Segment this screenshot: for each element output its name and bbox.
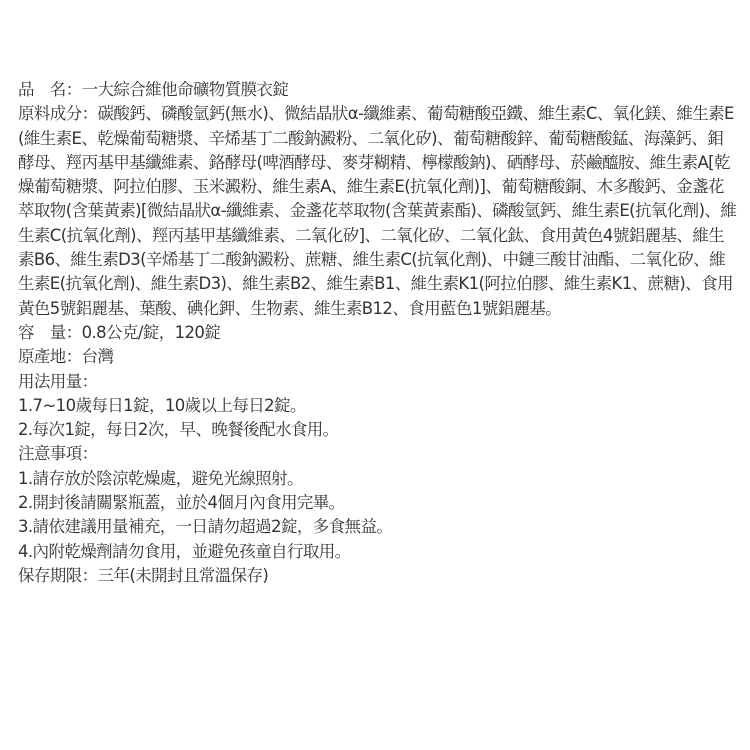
shelf-life-value: 三年(未開封且常溫保存) <box>98 566 269 585</box>
notes-heading: 注意事項： <box>18 442 738 466</box>
product-name-value: 一大綜合維他命礦物質膜衣錠 <box>82 80 289 99</box>
shelf-life-row: 保存期限：三年(未開封且常溫保存) <box>18 564 738 588</box>
volume-value: 0.8公克/錠，120錠 <box>82 323 221 342</box>
origin-value: 台灣 <box>82 347 114 366</box>
notes-item: 4.內附乾燥劑請勿食用，並避免孩童自行取用。 <box>18 540 738 564</box>
ingredients-row: 原料成分：碳酸鈣、磷酸氫鈣(無水)、微結晶狀α-纖維素、葡萄糖酸亞鐵、維生素C、… <box>18 102 738 321</box>
usage-heading: 用法用量： <box>18 370 738 394</box>
notes-item: 3.請依建議用量補充，一日請勿超過2錠，多食無益。 <box>18 515 738 539</box>
product-info-document: 品 名：一大綜合維他命礦物質膜衣錠 原料成分：碳酸鈣、磷酸氫鈣(無水)、微結晶狀… <box>18 78 738 588</box>
origin-row: 原產地：台灣 <box>18 345 738 369</box>
notes-item: 2.開封後請關緊瓶蓋，並於4個月內食用完畢。 <box>18 491 738 515</box>
product-name-label: 品 名： <box>18 80 82 99</box>
ingredients-value: 碳酸鈣、磷酸氫鈣(無水)、微結晶狀α-纖維素、葡萄糖酸亞鐵、維生素C、氧化鎂、維… <box>18 104 736 317</box>
shelf-life-label: 保存期限： <box>18 566 98 585</box>
notes-item: 1.請存放於陰涼乾燥處，避免光線照射。 <box>18 467 738 491</box>
usage-item: 2.每次1錠，每日2次，早、晚餐後配水食用。 <box>18 418 738 442</box>
usage-item: 1.7~10歲每日1錠，10歲以上每日2錠。 <box>18 394 738 418</box>
volume-row: 容 量：0.8公克/錠，120錠 <box>18 321 738 345</box>
origin-label: 原產地： <box>18 347 82 366</box>
ingredients-label: 原料成分： <box>18 104 98 123</box>
product-name-row: 品 名：一大綜合維他命礦物質膜衣錠 <box>18 78 738 102</box>
volume-label: 容 量： <box>18 323 82 342</box>
